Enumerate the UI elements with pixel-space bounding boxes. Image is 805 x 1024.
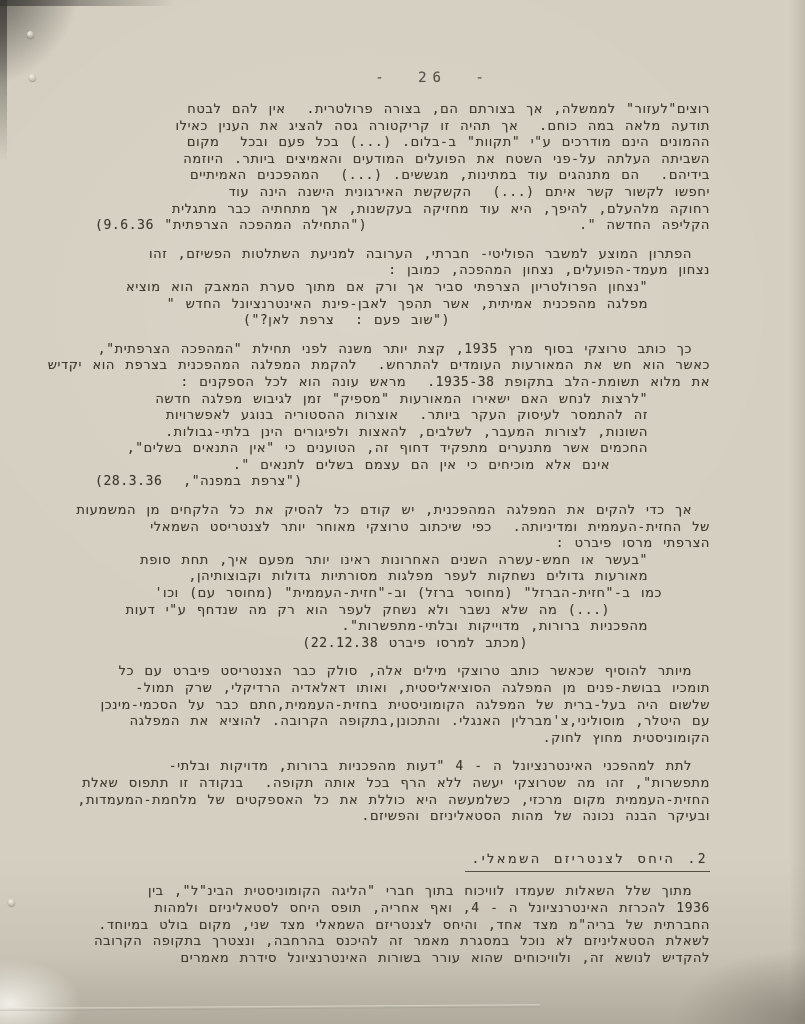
text-line: החברתית של בריה"מ מצד אחד, והיחס לצנטריז… — [95, 918, 710, 935]
paper-blemish — [8, 899, 15, 906]
text-line: ההמונים הינם מודרכים ע"י "תקוות" ב-בלום.… — [95, 135, 710, 152]
page-text-area: - 26 - רוצים"לעזור" לממשלה, אך בצורתם הם… — [95, 0, 710, 967]
text-line: מתפשרות", זהו מה שטרוצקי יעשה ללא הרף בכ… — [95, 776, 710, 793]
paragraph-5: מיותר להוסיף שכאשר כותב טרוצקי מילים אלה… — [95, 664, 710, 747]
text-line: הקליפה החדשה ".("התחילה המהפכה הצרפתית" … — [95, 218, 710, 235]
text-line: רחוקה מלהעלם, להיפך, היא עוד מחזיקה בעקש… — [95, 202, 710, 219]
text-line: הפתרון המוצע למשבר הפוליטי- חברתי, הערוב… — [95, 247, 692, 264]
paragraph-4: אך כדי להקים את המפלגה המהפכנית, יש קודם… — [95, 503, 710, 652]
text-line: תומכיו בבושת-פנים מן המפלגה הסוציאליסטית… — [95, 681, 710, 698]
text-line: (...) מה שלא נשבר ולא נשחק לעפר הוא רק מ… — [95, 603, 610, 620]
paragraph-tail: הקליפה החדשה ". — [579, 218, 710, 235]
text-line: לשאלת הסטאליניזם לא נוכל במסגרת מאמר זה … — [95, 934, 710, 951]
text-line: רוצים"לעזור" לממשלה, אך בצורתם הם, בצורה… — [95, 102, 710, 119]
section-heading: 2. היחס לצנטריזם השמאלי. — [95, 852, 710, 873]
text-line: הצרפתי מרסו פיברט : — [95, 536, 710, 553]
paper-crease — [0, 1004, 540, 1011]
document-text: רוצים"לעזור" לממשלה, אך בצורתם הם, בצורה… — [95, 102, 710, 967]
text-line: להקדיש לנושא זה, ולוויכוחים שהוא עורר בש… — [95, 951, 710, 968]
paragraph-6: לתת למהפכני האינטרנציונל ה - 4 "דעות מהפ… — [95, 759, 710, 825]
text-line: 1936 להכרזת האינטרנציונל ה - 4, ואף אחרי… — [95, 901, 710, 918]
text-line: מתוך שלל השאלות שעמדו לוויכוח בתוך חברי … — [95, 884, 692, 901]
text-line: עם היטלר, מוסוליני,צ'מברלין האנגלי. והתכ… — [95, 714, 710, 731]
text-line: יחפשו לקשור קשר איתם (...) הקשקשת האירגו… — [95, 185, 710, 202]
paragraph-1: רוצים"לעזור" לממשלה, אך בצורתם הם, בצורה… — [95, 102, 710, 235]
paper-blemish — [27, 31, 34, 38]
paper-edge-left-shadow — [0, 0, 7, 160]
paragraph-3: כך כותב טרוצקי בסוף מרץ 1935, קצת יותר מ… — [95, 342, 710, 491]
paragraph-7: מתוך שלל השאלות שעמדו לוויכוח בתוך חברי … — [95, 884, 710, 967]
text-line: לתת למהפכני האינטרנציונל ה - 4 "דעות מהפ… — [95, 759, 692, 776]
text-line: אך כדי להקים את המפלגה המהפכנית, יש קודם… — [95, 503, 692, 520]
citation-line: ("שוב פעם : צרפת לאן?") — [95, 313, 450, 330]
text-line: כאשר הוא חש את המאורעות העומדים להתרחש. … — [95, 358, 710, 375]
text-line: "לרצות לנחש האם ישאירו המאורעות "מספיק" … — [95, 392, 648, 409]
text-line: של החזית-העממית ומדיניותה. כפי שיכתוב טר… — [95, 520, 710, 537]
text-line: שלשום היה בעל-ברית של המפלגה הקומוניסטית… — [95, 698, 710, 715]
citation-line: ("צרפת במפנה", 28.3.36) — [95, 474, 710, 491]
text-line: זה להתמסר לעיסוק העקר ביותר. אוצרות ההסט… — [95, 408, 648, 425]
text-line: מהפכניות ברורות, מדוייקות ובלתי-מתפשרות"… — [95, 619, 648, 636]
section-heading-underlined: 2. היחס לצנטריזם השמאלי. — [465, 852, 710, 873]
text-line: אינם אלא מוכיחים כי אין הם עצמם בשלים לת… — [95, 458, 610, 475]
text-line: תודעה מלאה במה כוחם. אך תהיה זו קריקטורה… — [95, 119, 710, 136]
paragraph-2: הפתרון המוצע למשבר הפוליטי- חברתי, הערוב… — [95, 247, 710, 330]
citation-line: (מכתב למרסו פיברט 22.12.38) — [95, 636, 528, 653]
text-line: "בעשר או חמש-עשרה השנים האחרונות ראינו י… — [95, 553, 648, 570]
text-line: כמו ב-"חזית-הברזל" (מחוסר ברזל) וב-"חזית… — [95, 586, 662, 603]
text-line: בידיהם. הם מתנהגים עוד במתינות, מגששים. … — [95, 168, 710, 185]
citation-line: ("התחילה המהפכה הצרפתית" 9.6.36) — [95, 218, 367, 235]
text-line: ובעיקר הבנה נכונה של מהות הסטאליניזם והפ… — [95, 809, 710, 826]
text-line: מאורעות גדולים נשחקות לעפר מפלגות מסורתי… — [95, 569, 648, 586]
text-line: השונות, לצורות המעבר, לשלבים, להאצות ולפ… — [95, 425, 648, 442]
section-heading-text: 2. היחס לצנטריזם השמאלי. — [95, 852, 710, 873]
text-line: את מלוא תשומת-הלב בתקופת 1935-38. מראש ע… — [95, 375, 710, 392]
text-line: החזית-העממית מקום מרכזי, כשלמעשה היא כול… — [95, 793, 710, 810]
scanned-document-page: { "page": { "number_label": "- 26 -", "p… — [0, 0, 805, 1024]
paper-blemish — [29, 74, 36, 81]
page-number: - 26 - — [125, 70, 740, 86]
text-line: מפלגה מהפכנית אמיתית, אשר תהפך לאבן-פינת… — [95, 297, 648, 314]
text-line: החכמים אשר מתנערים מתפקיד דחוף זה, הטוענ… — [95, 441, 648, 458]
text-line: "נצחון הפרולטריון הצרפתי סביר אך ורק אם … — [95, 280, 648, 297]
text-line: כך כותב טרוצקי בסוף מרץ 1935, קצת יותר מ… — [95, 342, 692, 359]
text-line: מיותר להוסיף שכאשר כותב טרוצקי מילים אלה… — [95, 664, 692, 681]
text-line: הקומוניסטית מחוץ לחוק. — [95, 731, 710, 748]
text-line: נצחון מעמד-הפועלים, נצחון המהפכה, כמובן … — [95, 263, 710, 280]
text-line: השביתה העלתה על-פני השטח את הפועלים המוד… — [95, 152, 710, 169]
